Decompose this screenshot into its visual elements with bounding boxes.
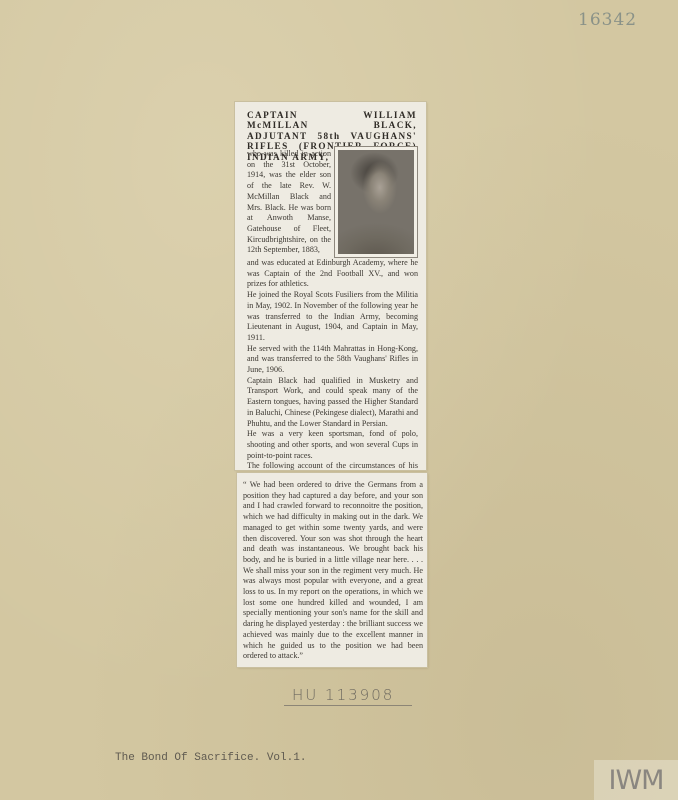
paragraph-service: He served with the 114th Mahrattas in Ho… <box>247 344 418 376</box>
paragraph-languages: Captain Black had qualified in Musketry … <box>247 376 418 430</box>
paragraph-sports: He was a very keen sportsman, fond of po… <box>247 429 418 461</box>
obituary-clipping: CAPTAIN WILLIAM McMILLAN BLACK, ADJUTANT… <box>235 102 426 470</box>
paragraph-education: and was educated at Edinburgh Academy, w… <box>247 258 418 290</box>
portrait-image <box>338 150 414 254</box>
source-caption: The Bond Of Sacrifice. Vol.1. <box>115 752 306 764</box>
accession-underline <box>284 705 412 706</box>
portrait-photo <box>334 146 418 258</box>
paragraph-commission: He joined the Royal Scots Fusiliers from… <box>247 290 418 344</box>
obituary-intro: who was killed in action on the 31st Oct… <box>247 149 331 256</box>
accession-number: HU 113908 <box>292 686 394 704</box>
quote-clipping: “ We had been ordered to drive the Germa… <box>237 473 427 667</box>
iwm-watermark-logo: IWM <box>594 760 678 800</box>
officer-quote: “ We had been ordered to drive the Germa… <box>243 480 423 662</box>
quote-text: “ We had been ordered to drive the Germa… <box>243 480 423 662</box>
catalog-number: 16342 <box>578 10 637 30</box>
obituary-body: and was educated at Edinburgh Academy, w… <box>247 258 418 483</box>
